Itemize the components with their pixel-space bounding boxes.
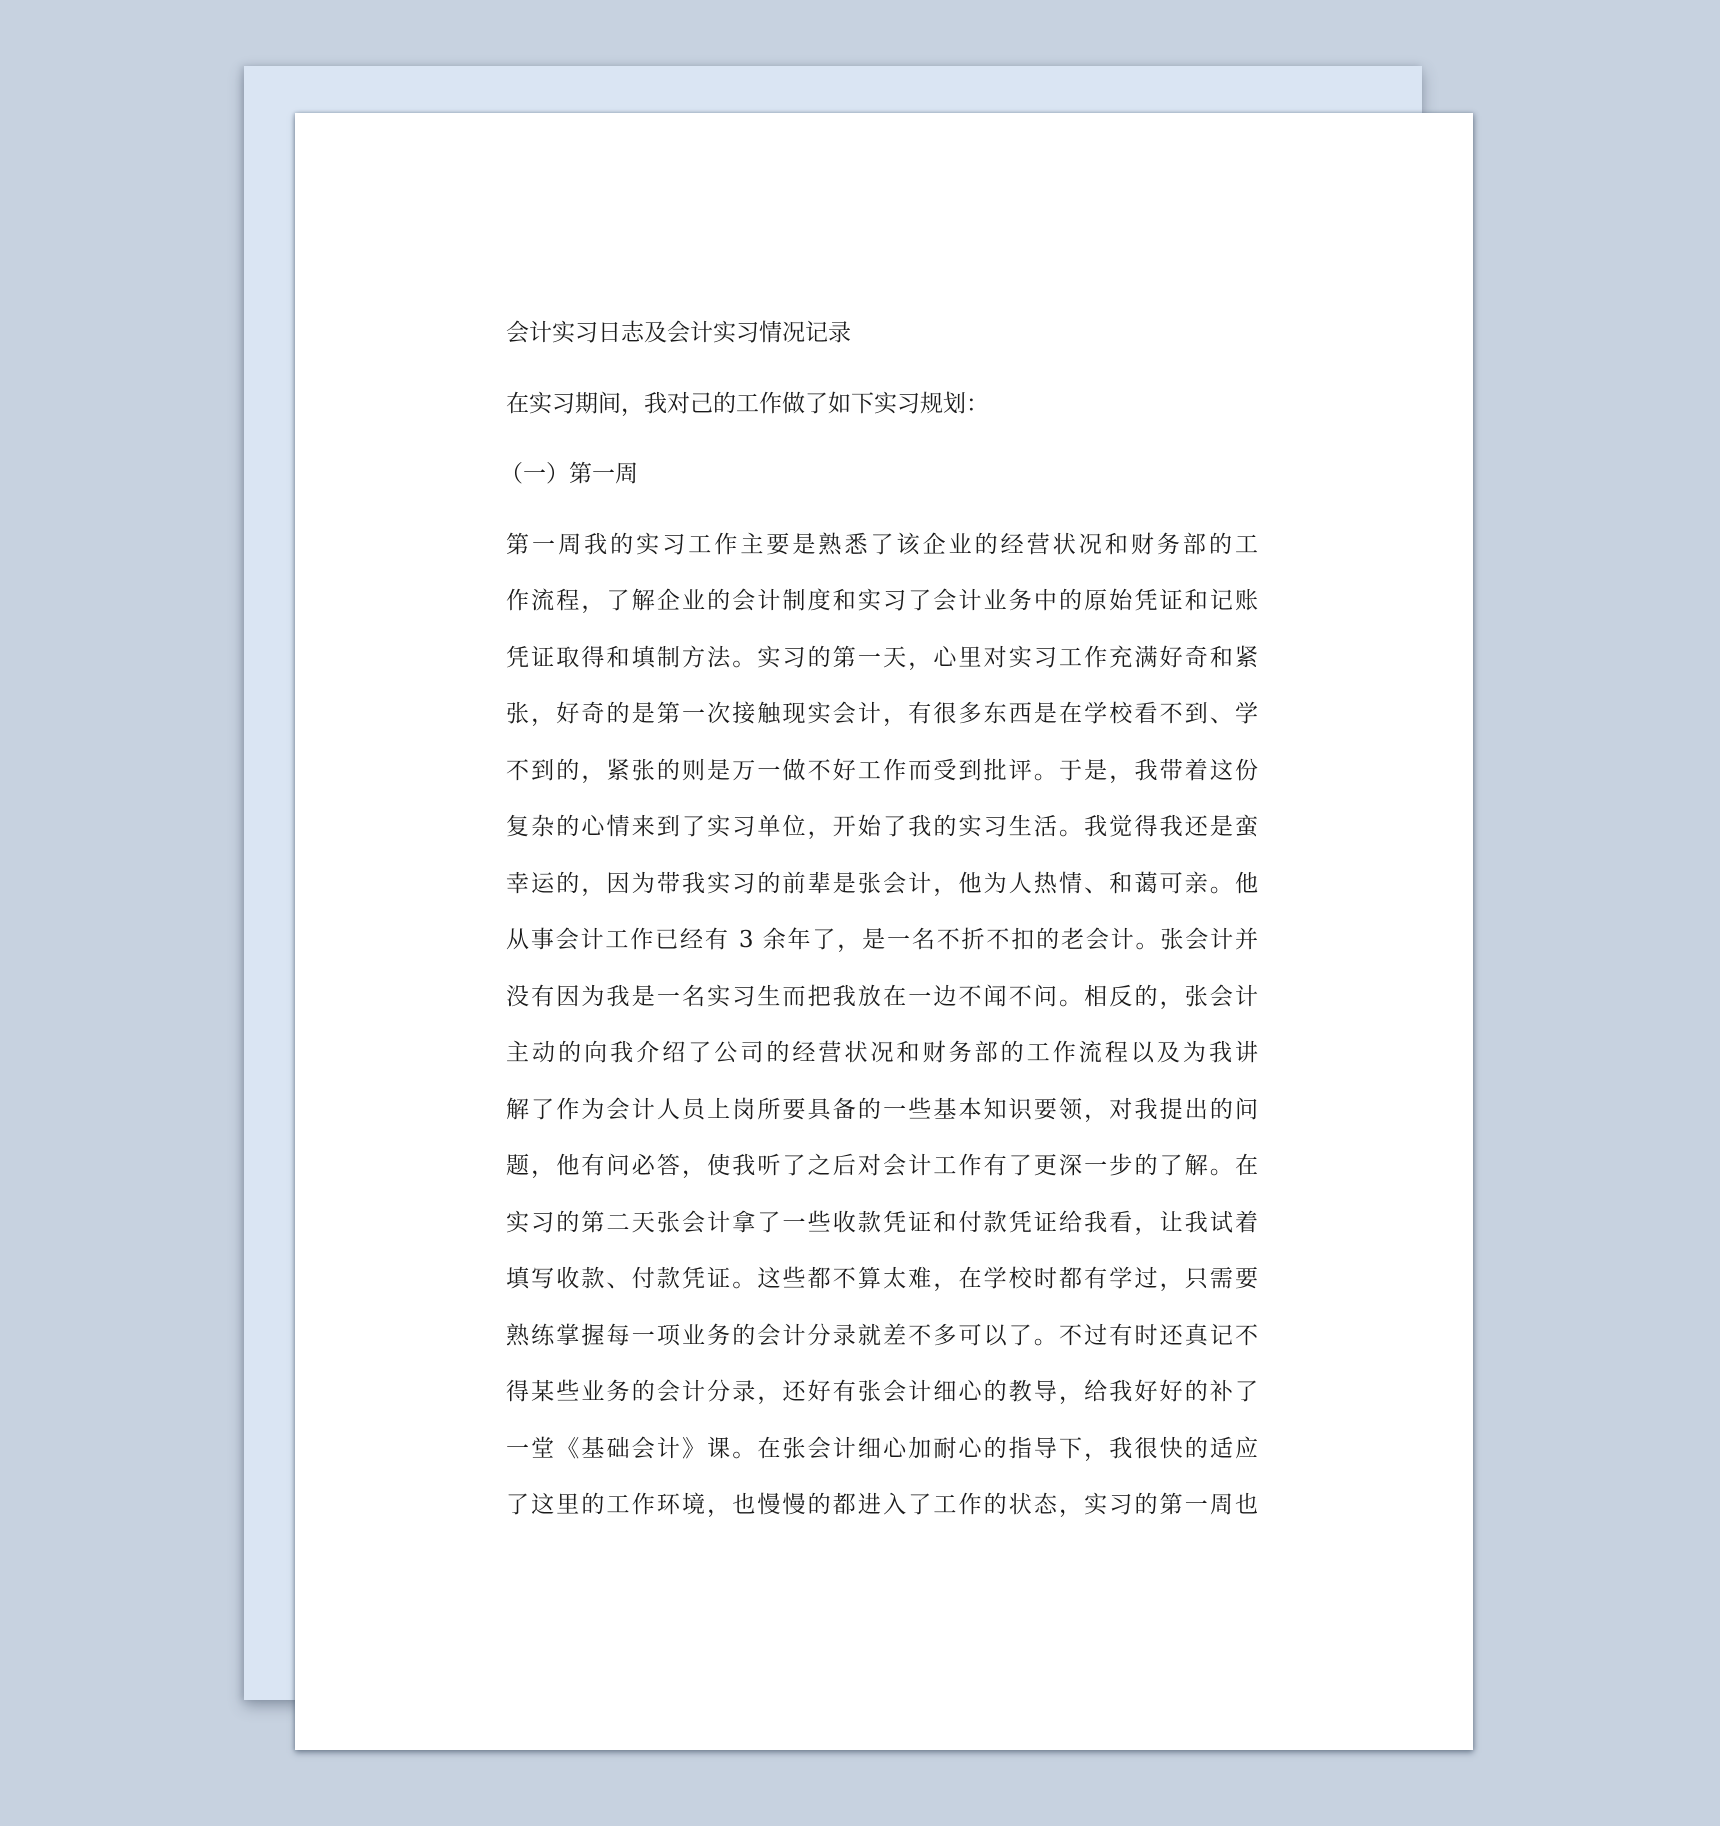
body-line: 第一周我的实习工作主要是熟悉了该企业的经营状况和财务部的工 [506,517,1258,574]
document-title: 会计实习日志及会计实习情况记录 [506,305,1266,362]
body-line: 得某些业务的会计分录，还好有张会计细心的教导，给我好好的补了 [506,1364,1258,1421]
body-line: 熟练掌握每一项业务的会计分录就差不多可以了。不过有时还真记不 [506,1308,1258,1365]
body-line: 解了作为会计人员上岗所要具备的一些基本知识要领，对我提出的问 [506,1082,1258,1139]
body-line: 填写收款、付款凭证。这些都不算太难，在学校时都有学过，只需要 [506,1251,1258,1308]
body-line: 一堂《基础会计》课。在张会计细心加耐心的指导下，我很快的适应 [506,1421,1258,1478]
body-line: 主动的向我介绍了公司的经营状况和财务部的工作流程以及为我讲 [506,1025,1258,1082]
intro-paragraph: 在实习期间，我对己的工作做了如下实习规划： [506,376,1266,433]
body-line: 从事会计工作已经有 3 余年了，是一名不折不扣的老会计。张会计并 [506,912,1258,969]
body-line: 题，他有问必答，使我听了之后对会计工作有了更深一步的了解。在 [506,1138,1258,1195]
body-line: 作流程，了解企业的会计制度和实习了会计业务中的原始凭证和记账 [506,573,1258,630]
document-page: 会计实习日志及会计实习情况记录 在实习期间，我对己的工作做了如下实习规划： （一… [295,113,1473,1750]
body-line: 张，好奇的是第一次接触现实会计，有很多东西是在学校看不到、学 [506,686,1258,743]
body-line: 实习的第二天张会计拿了一些收款凭证和付款凭证给我看，让我试着 [506,1195,1258,1252]
body-line: 没有因为我是一名实习生而把我放在一边不闻不问。相反的，张会计 [506,969,1258,1026]
body-line: 不到的，紧张的则是万一做不好工作而受到批评。于是，我带着这份 [506,743,1258,800]
section-heading: （一）第一周 [500,446,1266,503]
body-line: 凭证取得和填制方法。实习的第一天，心里对实习工作充满好奇和紧 [506,630,1258,687]
body-paragraph: 第一周我的实习工作主要是熟悉了该企业的经营状况和财务部的工 作流程，了解企业的会… [506,517,1266,1534]
body-line: 幸运的，因为带我实习的前辈是张会计，他为人热情、和蔼可亲。他 [506,856,1258,913]
body-line: 复杂的心情来到了实习单位，开始了我的实习生活。我觉得我还是蛮 [506,799,1258,856]
body-line: 了这里的工作环境，也慢慢的都进入了工作的状态，实习的第一周也 [506,1477,1258,1534]
document-content: 会计实习日志及会计实习情况记录 在实习期间，我对己的工作做了如下实习规划： （一… [506,305,1266,1534]
